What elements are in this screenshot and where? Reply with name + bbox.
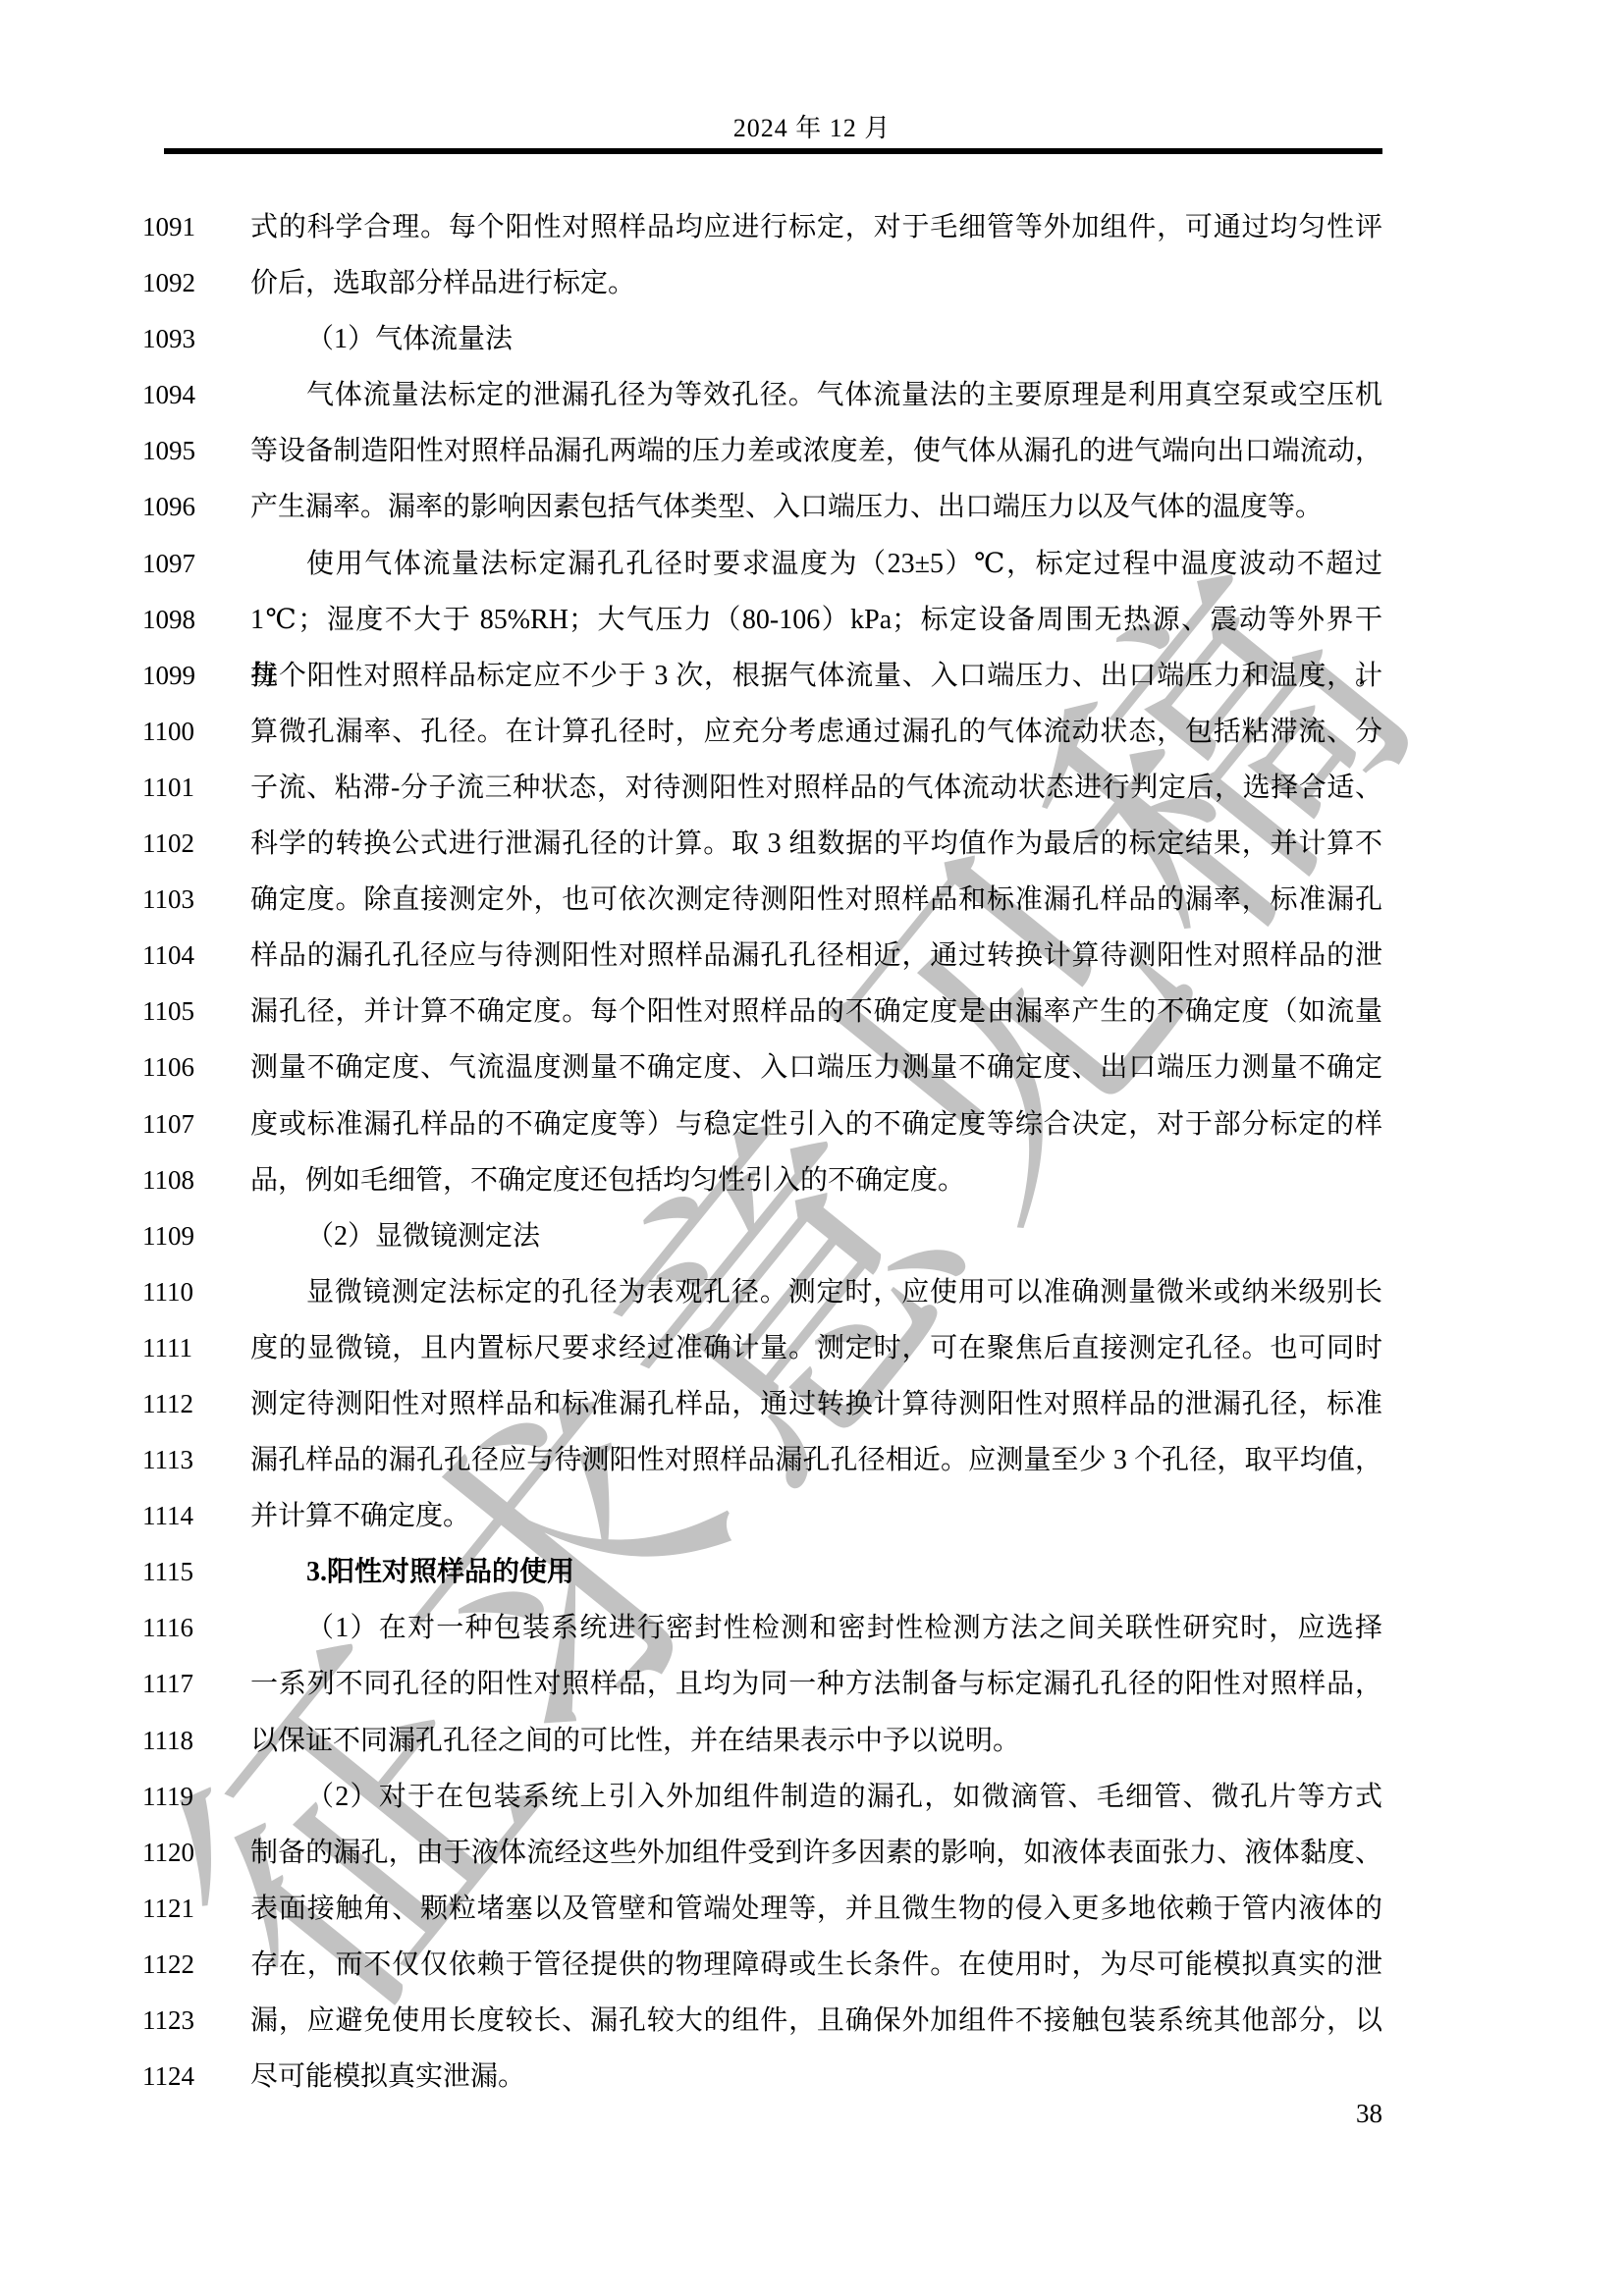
line-number: 1099 — [142, 648, 188, 704]
line-text: 以保证不同漏孔孔径之间的可比性，并在结果表示中予以说明。 — [250, 1713, 1382, 1769]
line-number: 1103 — [142, 872, 188, 928]
text-line-row: 1117 一系列不同孔径的阳性对照样品，且均为同一种方法制备与标定漏孔孔径的阳性… — [142, 1656, 1382, 1712]
line-text: 表面接触角、颗粒堵塞以及管壁和管端处理等，并且微生物的侵入更多地依赖于管内液体的 — [250, 1881, 1382, 1937]
text-line-row: 1111 度的显微镜，且内置标尺要求经过准确计量。测定时，可在聚焦后直接测定孔径… — [142, 1320, 1382, 1376]
line-number: 1098 — [142, 592, 188, 648]
text-line-row: 1096 产生漏率。漏率的影响因素包括气体类型、入口端压力、出口端压力以及气体的… — [142, 479, 1382, 535]
line-text: 1℃；湿度不大于 85%RH；大气压力（80-106）kPa；标定设备周围无热源… — [250, 592, 1382, 648]
text-line-row: 1113 漏孔样品的漏孔孔径应与待测阳性对照样品漏孔孔径相近。应测量至少 3 个… — [142, 1432, 1382, 1488]
line-text: 度或标准漏孔样品的不确定度等）与稳定性引入的不确定度等综合决定，对于部分标定的样 — [250, 1096, 1382, 1152]
line-text: （1）在对一种包装系统进行密封性检测和密封性检测方法之间关联性研究时，应选择 — [250, 1600, 1382, 1656]
line-text: （2）显微镜测定法 — [250, 1208, 1382, 1264]
line-text: 产生漏率。漏率的影响因素包括气体类型、入口端压力、出口端压力以及气体的温度等。 — [250, 479, 1382, 535]
line-text: 等设备制造阳性对照样品漏孔两端的压力差或浓度差，使气体从漏孔的进气端向出口端流动… — [250, 423, 1382, 479]
line-number: 1102 — [142, 816, 188, 872]
text-line-row: 1110 显微镜测定法标定的孔径为表观孔径。测定时，应使用可以准确测量微米或纳米… — [142, 1264, 1382, 1320]
text-line-row: 1103 确定度。除直接测定外，也可依次测定待测阳性对照样品和标准漏孔样品的漏率… — [142, 872, 1382, 928]
line-text: 品，例如毛细管，不确定度还包括均匀性引入的不确定度。 — [250, 1152, 1382, 1208]
page-number: 38 — [162, 2097, 1382, 2130]
text-line-row: 1102 科学的转换公式进行泄漏孔径的计算。取 3 组数据的平均值作为最后的标定… — [142, 816, 1382, 872]
line-text: 使用气体流量法标定漏孔孔径时要求温度为（23±5）℃，标定过程中温度波动不超过 — [250, 536, 1382, 592]
line-number: 1094 — [142, 367, 188, 423]
line-number: 1104 — [142, 928, 188, 984]
text-line-row: 1105 漏孔径，并计算不确定度。每个阳性对照样品的不确定度是由漏率产生的不确定… — [142, 984, 1382, 1040]
line-text: 样品的漏孔孔径应与待测阳性对照样品漏孔孔径相近，通过转换计算待测阳性对照样品的泄 — [250, 928, 1382, 984]
line-number: 1118 — [142, 1713, 188, 1769]
text-line-row: 1123 漏，应避免使用长度较长、漏孔较大的组件，且确保外加组件不接触包装系统其… — [142, 1993, 1382, 2049]
line-text: 漏孔样品的漏孔孔径应与待测阳性对照样品漏孔孔径相近。应测量至少 3 个孔径，取平… — [250, 1432, 1382, 1488]
text-line-row: 1091 式的科学合理。每个阳性对照样品均应进行标定，对于毛细管等外加组件，可通… — [142, 199, 1382, 255]
line-number: 1092 — [142, 255, 188, 311]
text-line-row: 1115 3.阳性对照样品的使用 — [142, 1544, 1382, 1600]
line-text: 显微镜测定法标定的孔径为表观孔径。测定时，应使用可以准确测量微米或纳米级别长 — [250, 1264, 1382, 1320]
text-line-row: 1094 气体流量法标定的泄漏孔径为等效孔径。气体流量法的主要原理是利用真空泵或… — [142, 367, 1382, 423]
line-text: 存在，而不仅仅依赖于管径提供的物理障碍或生长条件。在使用时，为尽可能模拟真实的泄 — [250, 1937, 1382, 1993]
text-line-row: 1116 （1）在对一种包装系统进行密封性检测和密封性检测方法之间关联性研究时，… — [142, 1600, 1382, 1656]
text-line-row: 1093 （1）气体流量法 — [142, 311, 1382, 367]
line-text: 度的显微镜，且内置标尺要求经过准确计量。测定时，可在聚焦后直接测定孔径。也可同时 — [250, 1320, 1382, 1376]
line-text: 漏孔径，并计算不确定度。每个阳性对照样品的不确定度是由漏率产生的不确定度（如流量 — [250, 984, 1382, 1040]
line-text: 确定度。除直接测定外，也可依次测定待测阳性对照样品和标准漏孔样品的漏率，标准漏孔 — [250, 872, 1382, 928]
text-line-row: 1098 1℃；湿度不大于 85%RH；大气压力（80-106）kPa；标定设备… — [142, 592, 1382, 648]
text-line-row: 1108 品，例如毛细管，不确定度还包括均匀性引入的不确定度。 — [142, 1152, 1382, 1208]
header-rule — [164, 148, 1382, 154]
header-date: 2024 年 12 月 — [0, 114, 1624, 143]
text-line-row: 1097 使用气体流量法标定漏孔孔径时要求温度为（23±5）℃，标定过程中温度波… — [142, 536, 1382, 592]
text-line-row: 1119 （2）对于在包装系统上引入外加组件制造的漏孔，如微滴管、毛细管、微孔片… — [142, 1769, 1382, 1825]
line-number: 1096 — [142, 479, 188, 535]
line-text: 3.阳性对照样品的使用 — [250, 1544, 1382, 1600]
line-number: 1091 — [142, 199, 188, 255]
line-text: 测量不确定度、气流温度测量不确定度、入口端压力测量不确定度、出口端压力测量不确定 — [250, 1040, 1382, 1095]
line-number: 1100 — [142, 704, 188, 760]
line-number: 1111 — [142, 1320, 188, 1376]
text-line-row: 1106 测量不确定度、气流温度测量不确定度、入口端压力测量不确定度、出口端压力… — [142, 1040, 1382, 1095]
line-number: 1117 — [142, 1656, 188, 1712]
line-text: 算微孔漏率、孔径。在计算孔径时，应充分考虑通过漏孔的气体流动状态，包括粘滞流、分 — [250, 704, 1382, 760]
line-number: 1123 — [142, 1993, 188, 2049]
line-number: 1109 — [142, 1208, 188, 1264]
line-text: 子流、粘滞-分子流三种状态，对待测阳性对照样品的气体流动状态进行判定后，选择合适… — [250, 760, 1382, 816]
line-number: 1095 — [142, 423, 188, 479]
text-line-row: 1092 价后，选取部分样品进行标定。 — [142, 255, 1382, 311]
line-number: 1114 — [142, 1488, 188, 1544]
body-lines: 1091 式的科学合理。每个阳性对照样品均应进行标定，对于毛细管等外加组件，可通… — [142, 199, 1382, 2105]
line-text: 一系列不同孔径的阳性对照样品，且均为同一种方法制备与标定漏孔孔径的阳性对照样品， — [250, 1656, 1382, 1712]
line-number: 1116 — [142, 1600, 188, 1656]
line-number: 1097 — [142, 536, 188, 592]
text-line-row: 1099 每个阳性对照样品标定应不少于 3 次，根据气体流量、入口端压力、出口端… — [142, 648, 1382, 704]
text-line-row: 1118 以保证不同漏孔孔径之间的可比性，并在结果表示中予以说明。 — [142, 1713, 1382, 1769]
line-number: 1107 — [142, 1096, 188, 1152]
line-number: 1122 — [142, 1937, 188, 1993]
text-line-row: 1120 制备的漏孔，由于液体流经这些外加组件受到许多因素的影响，如液体表面张力… — [142, 1825, 1382, 1881]
line-text: （2）对于在包装系统上引入外加组件制造的漏孔，如微滴管、毛细管、微孔片等方式 — [250, 1769, 1382, 1825]
line-text: 并计算不确定度。 — [250, 1488, 1382, 1544]
line-text: 式的科学合理。每个阳性对照样品均应进行标定，对于毛细管等外加组件，可通过均匀性评 — [250, 199, 1382, 255]
line-text: 测定待测阳性对照样品和标准漏孔样品，通过转换计算待测阳性对照样品的泄漏孔径，标准 — [250, 1376, 1382, 1432]
line-number: 1108 — [142, 1152, 188, 1208]
line-number: 1115 — [142, 1544, 188, 1600]
text-line-row: 1109 （2）显微镜测定法 — [142, 1208, 1382, 1264]
line-number: 1105 — [142, 984, 188, 1040]
line-number: 1119 — [142, 1769, 188, 1825]
text-line-row: 1104 样品的漏孔孔径应与待测阳性对照样品漏孔孔径相近，通过转换计算待测阳性对… — [142, 928, 1382, 984]
line-text: 气体流量法标定的泄漏孔径为等效孔径。气体流量法的主要原理是利用真空泵或空压机 — [250, 367, 1382, 423]
line-number: 1101 — [142, 760, 188, 816]
line-text: 价后，选取部分样品进行标定。 — [250, 255, 1382, 311]
text-line-row: 1114 并计算不确定度。 — [142, 1488, 1382, 1544]
text-line-row: 1112 测定待测阳性对照样品和标准漏孔样品，通过转换计算待测阳性对照样品的泄漏… — [142, 1376, 1382, 1432]
text-line-row: 1100 算微孔漏率、孔径。在计算孔径时，应充分考虑通过漏孔的气体流动状态，包括… — [142, 704, 1382, 760]
line-number: 1110 — [142, 1264, 188, 1320]
text-line-row: 1107 度或标准漏孔样品的不确定度等）与稳定性引入的不确定度等综合决定，对于部… — [142, 1096, 1382, 1152]
line-text: 每个阳性对照样品标定应不少于 3 次，根据气体流量、入口端压力、出口端压力和温度… — [250, 648, 1382, 704]
line-number: 1121 — [142, 1881, 188, 1937]
line-number: 1112 — [142, 1376, 188, 1432]
text-line-row: 1101 子流、粘滞-分子流三种状态，对待测阳性对照样品的气体流动状态进行判定后… — [142, 760, 1382, 816]
line-number: 1093 — [142, 311, 188, 367]
line-text: （1）气体流量法 — [250, 311, 1382, 367]
text-line-row: 1122 存在，而不仅仅依赖于管径提供的物理障碍或生长条件。在使用时，为尽可能模… — [142, 1937, 1382, 1993]
line-text: 科学的转换公式进行泄漏孔径的计算。取 3 组数据的平均值作为最后的标定结果，并计… — [250, 816, 1382, 872]
line-text: 制备的漏孔，由于液体流经这些外加组件受到许多因素的影响，如液体表面张力、液体黏度… — [250, 1825, 1382, 1881]
document-page: 2024 年 12 月 征求意见稿 1091 式的科学合理。每个阳性对照样品均应… — [0, 0, 1624, 2296]
line-text: 漏，应避免使用长度较长、漏孔较大的组件，且确保外加组件不接触包装系统其他部分，以 — [250, 1993, 1382, 2049]
line-number: 1106 — [142, 1040, 188, 1095]
text-line-row: 1095 等设备制造阳性对照样品漏孔两端的压力差或浓度差，使气体从漏孔的进气端向… — [142, 423, 1382, 479]
text-line-row: 1121 表面接触角、颗粒堵塞以及管壁和管端处理等，并且微生物的侵入更多地依赖于… — [142, 1881, 1382, 1937]
line-number: 1113 — [142, 1432, 188, 1488]
line-number: 1120 — [142, 1825, 188, 1881]
